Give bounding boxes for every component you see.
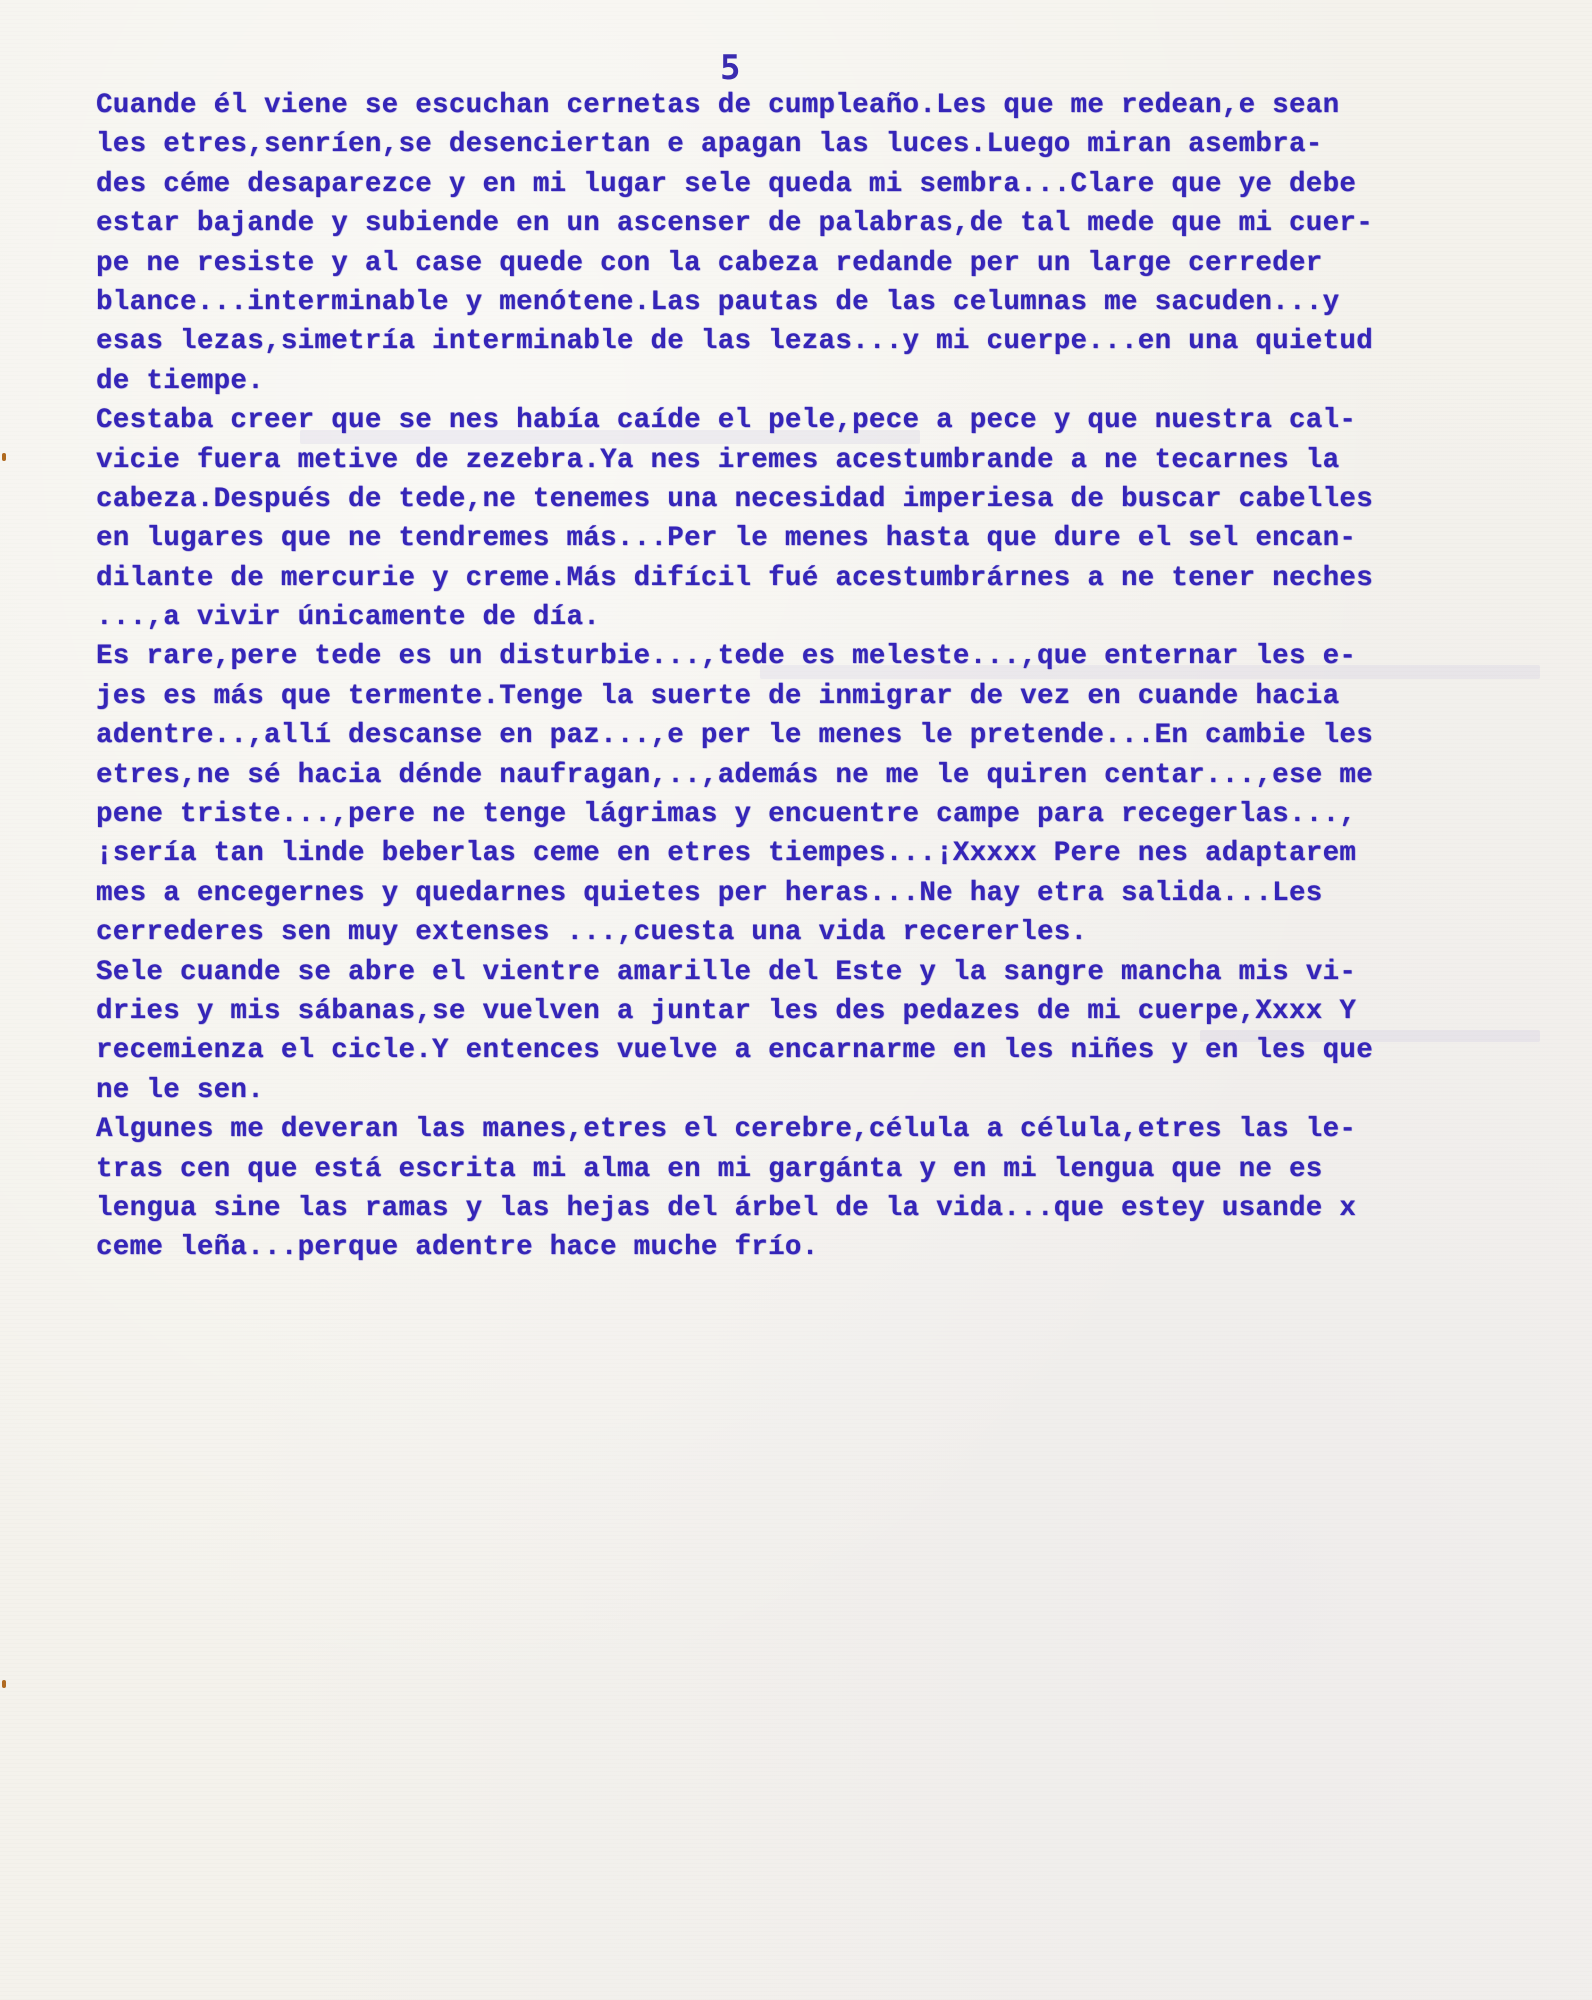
text-line: dries y mis sábanas,se vuelven a juntar … — [96, 992, 1576, 1031]
typed-body-text: Cuande él viene se escuchan cernetas de … — [96, 86, 1576, 1268]
text-line: pene triste...,pere ne tenge lágrimas y … — [96, 795, 1576, 834]
text-line: lengua sine las ramas y las hejas del ár… — [96, 1189, 1576, 1228]
text-line: Sele cuande se abre el vientre amarille … — [96, 953, 1576, 992]
text-line: ne le sen. — [96, 1071, 1576, 1110]
text-line: jes es más que termente.Tenge la suerte … — [96, 677, 1576, 716]
text-line: mes a encegernes y quedarnes quietes per… — [96, 874, 1576, 913]
text-line: pe ne resiste y al case quede con la cab… — [96, 244, 1576, 283]
page-number: 5 — [720, 48, 740, 88]
text-line: tras cen que está escrita mi alma en mi … — [96, 1150, 1576, 1189]
text-line: cabeza.Después de tede,ne tenemes una ne… — [96, 480, 1576, 519]
typewritten-page: 5 Cuande él viene se escuchan cernetas d… — [0, 0, 1592, 2000]
text-line: des céme desaparezce y en mi lugar sele … — [96, 165, 1576, 204]
text-line: blance...interminable y menótene.Las pau… — [96, 283, 1576, 322]
text-line: les etres,senríen,se desenciertan e apag… — [96, 125, 1576, 164]
text-line: vicie fuera metive de zezebra.Ya nes ire… — [96, 441, 1576, 480]
text-line: en lugares que ne tendremes más...Per le… — [96, 519, 1576, 558]
text-line: Cuande él viene se escuchan cernetas de … — [96, 86, 1576, 125]
text-line: Algunes me deveran las manes,etres el ce… — [96, 1110, 1576, 1149]
text-line: cerrederes sen muy extenses ...,cuesta u… — [96, 913, 1576, 952]
text-line: de tiempe. — [96, 362, 1576, 401]
text-line: adentre..,allí descanse en paz...,e per … — [96, 716, 1576, 755]
text-line: ...,a vivir únicamente de día. — [96, 598, 1576, 637]
text-line: recemienza el cicle.Y entences vuelve a … — [96, 1031, 1576, 1070]
text-line: dilante de mercurie y creme.Más difícil … — [96, 559, 1576, 598]
paper-stain — [2, 1680, 6, 1688]
text-line: esas lezas,simetría interminable de las … — [96, 322, 1576, 361]
text-line: Es rare,pere tede es un disturbie...,ted… — [96, 637, 1576, 676]
text-line: estar bajande y subiende en un ascenser … — [96, 204, 1576, 243]
text-line: ¡sería tan linde beberlas ceme en etres … — [96, 834, 1576, 873]
paper-stain — [2, 453, 6, 461]
text-line: ceme leña...perque adentre hace muche fr… — [96, 1228, 1576, 1267]
text-line: etres,ne sé hacia dénde naufragan,..,ade… — [96, 756, 1576, 795]
text-line: Cestaba creer que se nes había caíde el … — [96, 401, 1576, 440]
